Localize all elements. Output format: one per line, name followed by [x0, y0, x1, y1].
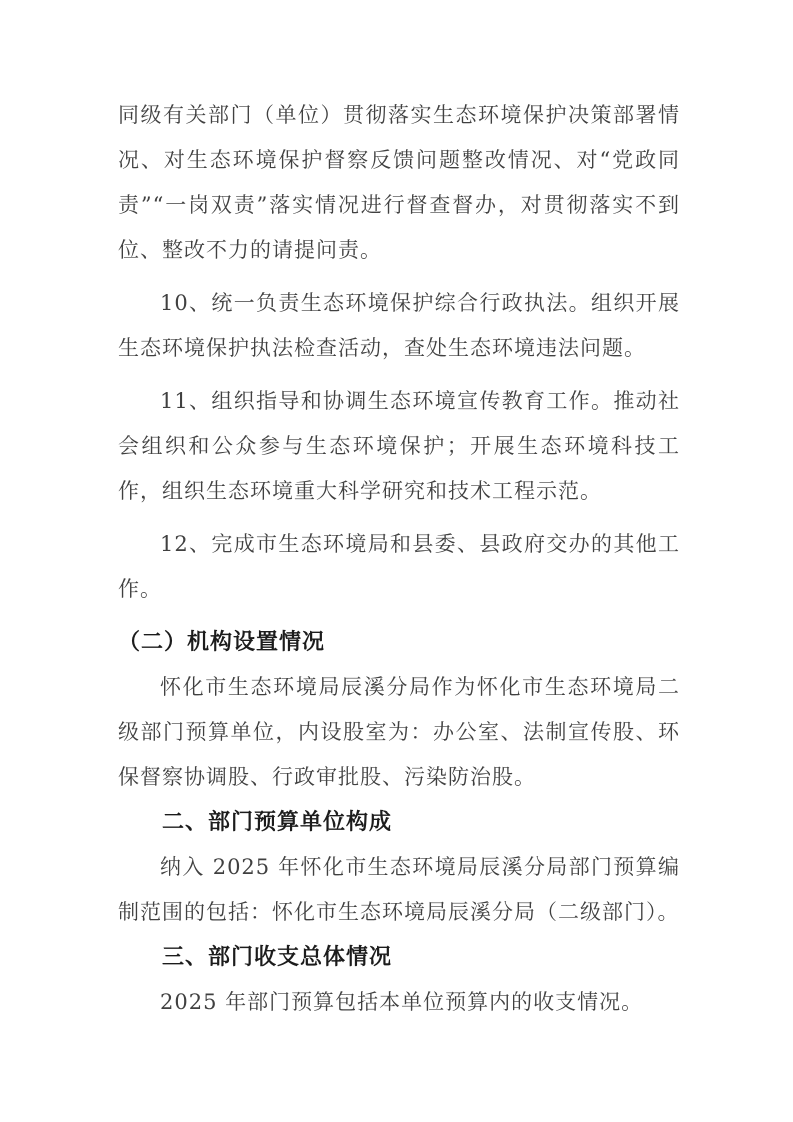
heading-org-setup: （二）机构设置情况 [118, 620, 680, 665]
paragraph-revenue-expenditure-overview: 2025 年部门预算包括本单位预算内的收支情况。 [118, 980, 680, 1025]
heading-budget-unit-composition: 二、部门预算单位构成 [118, 800, 680, 845]
paragraph-duty-9-continuation: 同级有关部门（单位）贯彻落实生态环境保护决策部署情况、对生态环境保护督察反馈问题… [118, 93, 680, 273]
paragraph-duty-10: 10、统一负责生态环境保护综合行政执法。组织开展生态环境保护执法检查活动，查处生… [118, 281, 680, 371]
paragraph-org-setup: 怀化市生态环境局辰溪分局作为怀化市生态环境局二级部门预算单位，内设股室为：办公室… [118, 665, 680, 800]
document-page: 同级有关部门（单位）贯彻落实生态环境保护决策部署情况、对生态环境保护督察反馈问题… [0, 0, 793, 1122]
heading-revenue-expenditure-overview: 三、部门收支总体情况 [118, 935, 680, 980]
paragraph-budget-unit-composition: 纳入 2025 年怀化市生态环境局辰溪分局部门预算编制范围的包括：怀化市生态环境… [118, 845, 680, 935]
paragraph-duty-11: 11、组织指导和协调生态环境宣传教育工作。推动社会组织和公众参与生态环境保护；开… [118, 379, 680, 514]
paragraph-duty-12: 12、完成市生态环境局和县委、县政府交办的其他工作。 [118, 522, 680, 612]
